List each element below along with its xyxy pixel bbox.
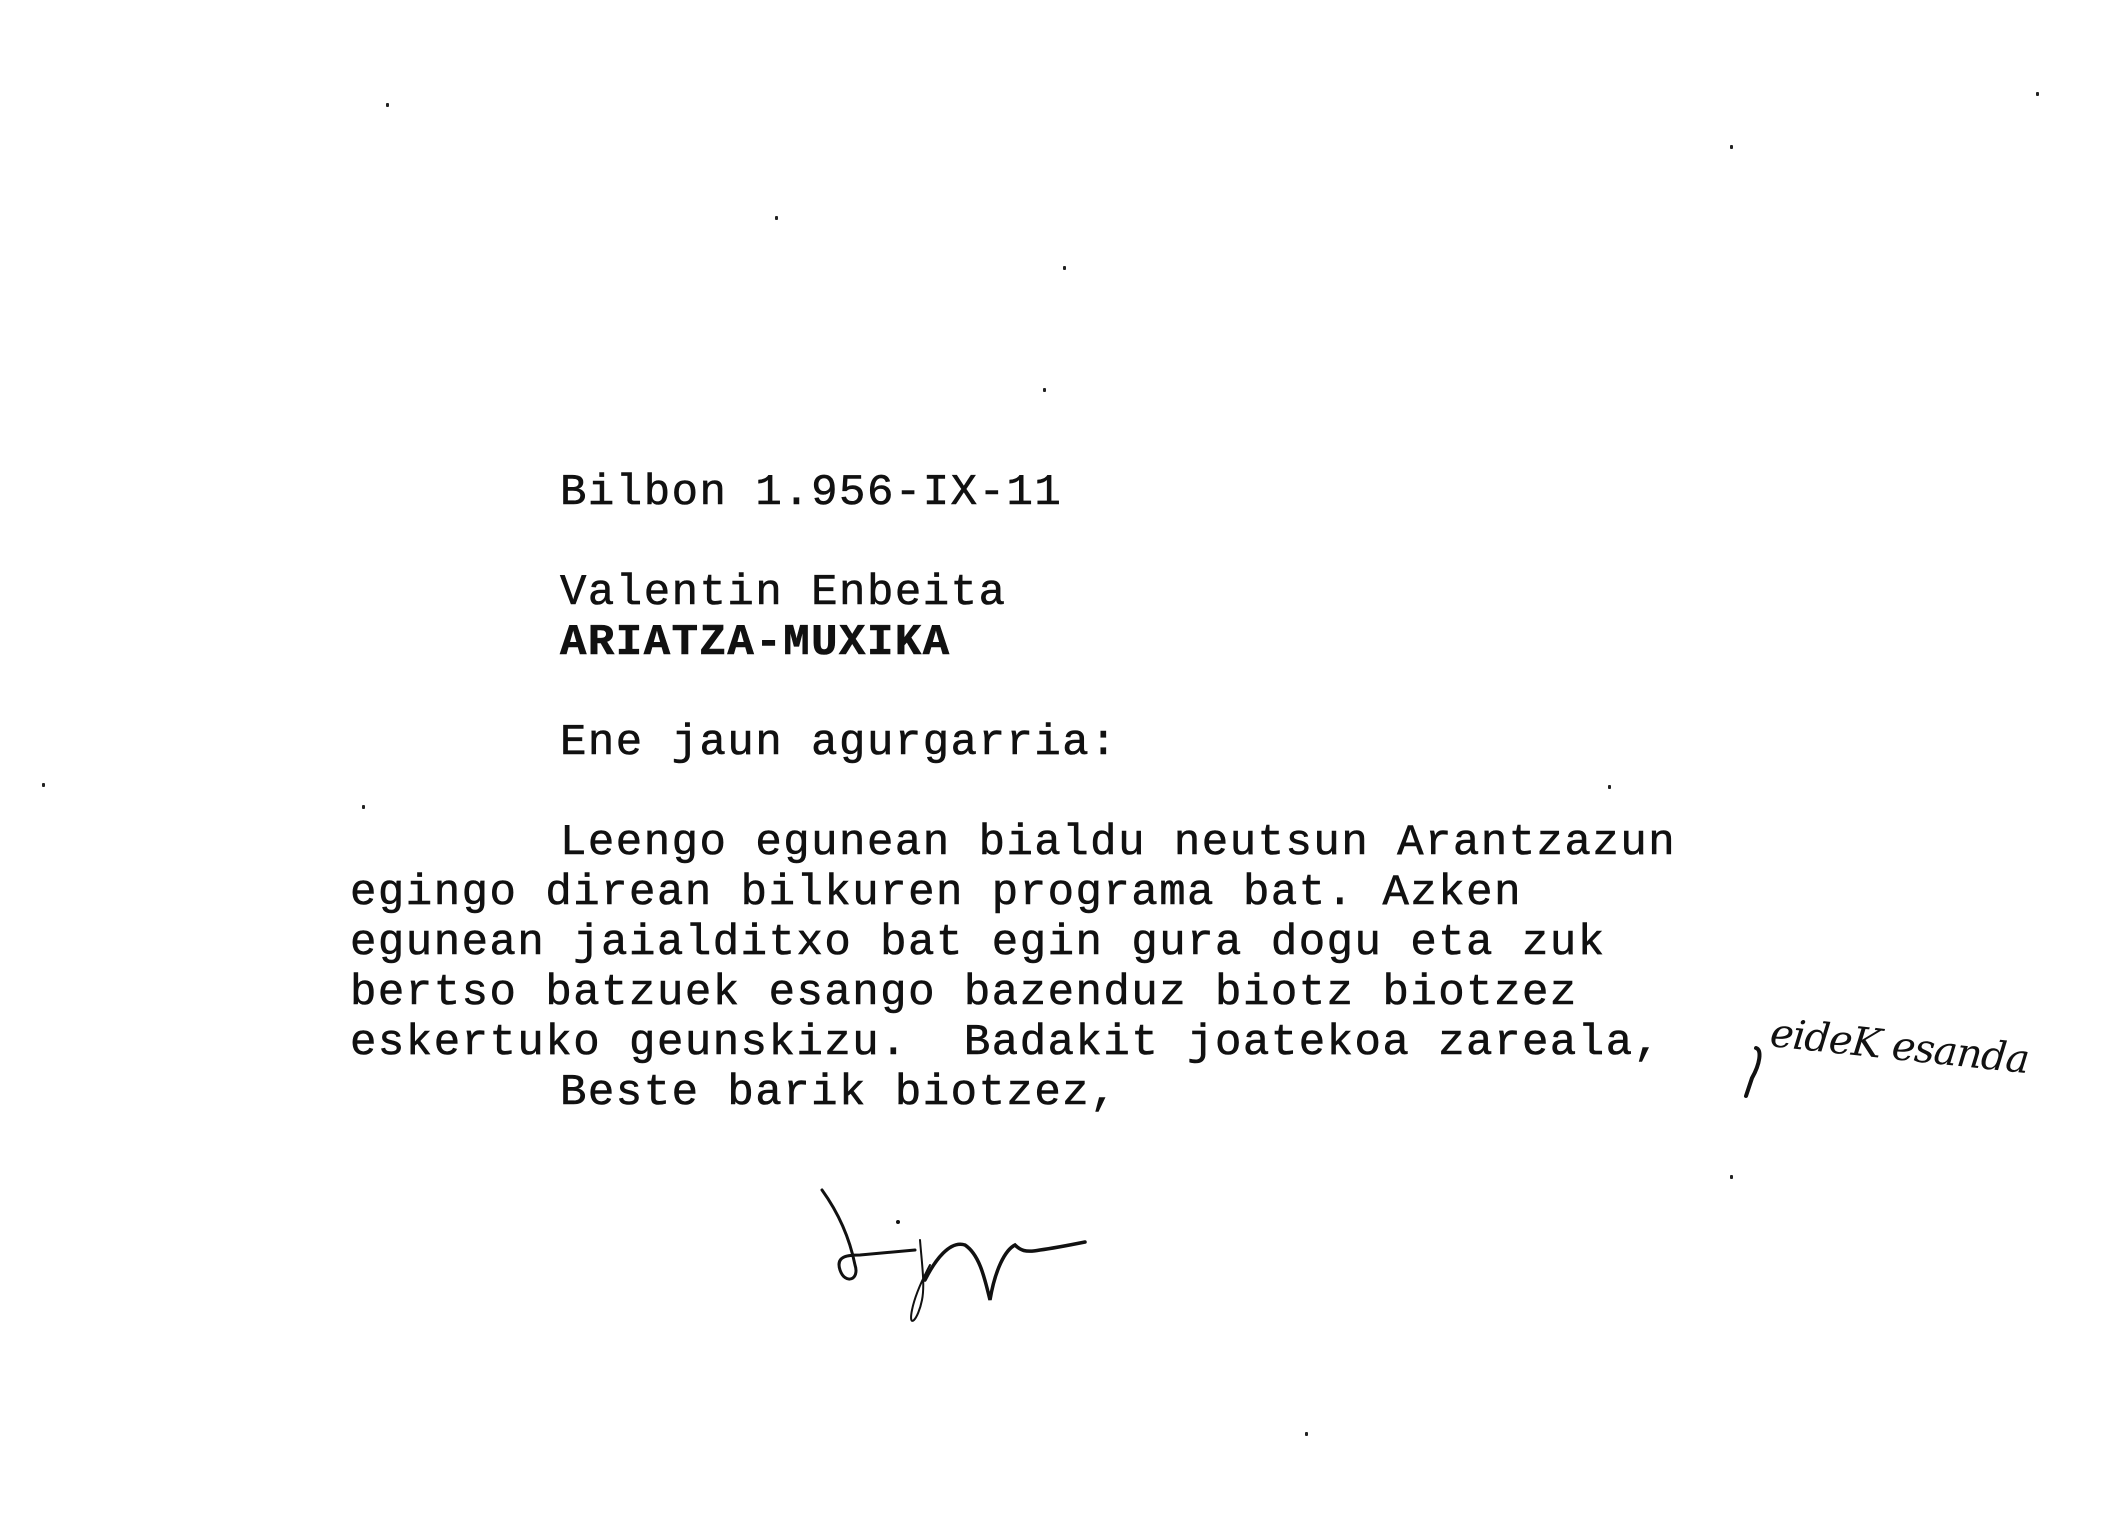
handwritten-insertion: eideK esanda [1768, 1010, 2031, 1083]
signature [800, 1170, 1100, 1350]
salutation: Ene jaun agurgarria: [560, 718, 1118, 768]
body-line-3: egunean jaialditxo bat egin gura dogu et… [350, 918, 1606, 968]
body-line-5: eskertuko geunskizu. Badakit joatekoa za… [350, 1018, 1662, 1068]
scan-speck [1305, 1432, 1308, 1436]
recipient-name: Valentin Enbeita [560, 568, 1006, 618]
handwritten-comma-mark [1738, 1020, 1768, 1100]
scan-speck [1063, 266, 1066, 270]
body-line-2: egingo direan bilkuren programa bat. Azk… [350, 868, 1522, 918]
scan-speck [1730, 1175, 1733, 1179]
scan-speck [386, 103, 389, 107]
closing-line: Beste barik biotzez, [560, 1068, 1118, 1118]
scan-speck [2036, 92, 2039, 96]
scan-speck [1608, 785, 1611, 789]
scanned-letter-page: Bilbon 1.956-IX-11 Valentin Enbeita ARIA… [0, 0, 2124, 1521]
body-line-4: bertso batzuek esango bazenduz biotz bio… [350, 968, 1578, 1018]
scan-speck [1730, 145, 1733, 149]
scan-speck [1043, 388, 1046, 392]
place-date-line: Bilbon 1.956-IX-11 [560, 468, 1062, 518]
scan-speck [775, 216, 778, 220]
body-line-1: Leengo egunean bialdu neutsun Arantzazun [560, 818, 1676, 868]
recipient-location: ARIATZA-MUXIKA [560, 618, 951, 668]
scan-speck [362, 805, 365, 809]
scan-speck [42, 783, 45, 787]
